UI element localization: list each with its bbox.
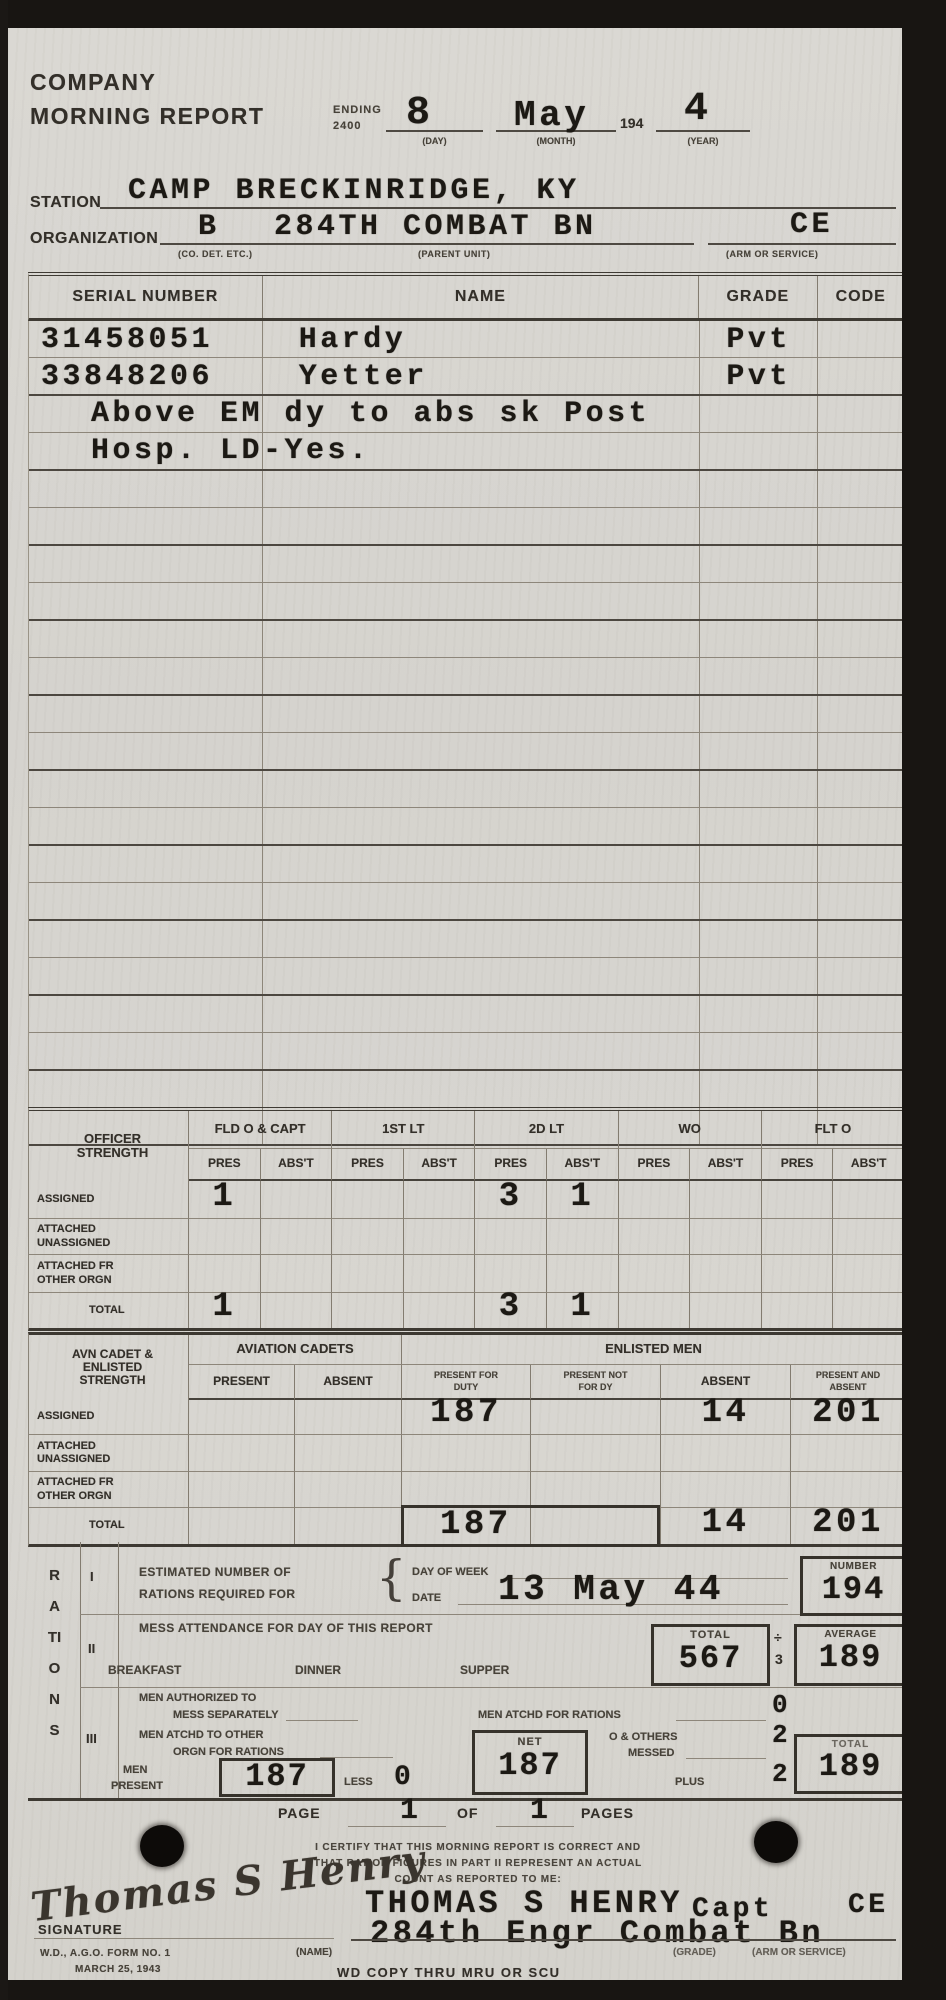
enlisted-value: 14	[702, 1506, 750, 1540]
organization-company-entry: B	[198, 212, 220, 242]
ending-label: ENDING	[333, 104, 382, 116]
day-of-week-label: DAY OF WEEK	[412, 1566, 488, 1578]
roster-empty-cell	[818, 1071, 905, 1107]
average-box: AVERAGE 189	[794, 1624, 907, 1686]
others-label-2: MESSED	[628, 1747, 674, 1759]
officer-cell	[332, 1219, 404, 1255]
roster-empty-cell	[29, 996, 263, 1032]
roster-empty-row	[29, 846, 905, 883]
enlisted-cell	[791, 1435, 906, 1472]
scan-edge-bottom	[0, 1980, 946, 2000]
scan-edge-top	[0, 0, 946, 28]
roster-empty-cell	[263, 733, 701, 769]
officer-cell	[762, 1219, 834, 1255]
enlisted-cell	[295, 1400, 402, 1435]
page-label: PAGE	[278, 1806, 321, 1821]
rations-rail-divider	[80, 1542, 81, 1798]
roster-empty-cell	[818, 1033, 905, 1069]
enlisted-cell	[189, 1400, 295, 1435]
scan-edge-right	[902, 0, 946, 2000]
enlisted-total-boxed-value: 187	[404, 1508, 512, 1544]
roster-header-row: SERIAL NUMBER NAME GRADE CODE	[28, 272, 905, 321]
enlisted-value: 187	[430, 1396, 502, 1430]
roster-empty-cell	[818, 471, 905, 507]
roster-empty-cell	[818, 508, 905, 544]
day-underline	[386, 130, 483, 132]
row-label-text: ATTACHED FR OTHER ORGN	[37, 1476, 133, 1502]
year-label: (YEAR)	[656, 137, 750, 147]
subhead-pres: PRES	[189, 1149, 261, 1181]
scan-edge-left	[0, 0, 8, 2000]
roster-empty-cell	[818, 658, 905, 694]
enlisted-cell: 14	[661, 1400, 791, 1435]
signature-label: SIGNATURE	[38, 1923, 123, 1937]
enlisted-cell: 201	[791, 1400, 906, 1435]
punch-hole-left	[140, 1825, 184, 1867]
name-grade-underline	[351, 1939, 896, 1941]
part1-label-2: RATIONS REQUIRED FOR	[139, 1588, 295, 1601]
officer-cell	[332, 1293, 404, 1328]
enlisted-cell	[791, 1472, 906, 1508]
officer-cell	[332, 1181, 404, 1219]
roster-empty-cell	[700, 546, 818, 582]
roster-empty-cell	[29, 808, 263, 844]
year-prefix: 194	[620, 116, 643, 131]
enlisted-cell	[531, 1400, 661, 1435]
officer-cell	[762, 1181, 834, 1219]
men-present-value: 187	[245, 1761, 309, 1794]
roster-empty-row	[29, 958, 905, 996]
subhead-text: PRESENT NOT FOR DY	[563, 1370, 629, 1393]
roster-empty-cell	[700, 471, 818, 507]
mess-attendance-label: MESS ATTENDANCE FOR DAY OF THIS REPORT	[139, 1622, 433, 1635]
group-aviation-cadets: AVIATION CADETS	[189, 1335, 402, 1365]
roster-empty-row	[29, 1033, 905, 1071]
typed-unit: 284th Engr Combat Bn	[370, 1918, 824, 1950]
subhead-abst: ABS'T	[404, 1149, 476, 1181]
officer-cell: 1	[189, 1293, 261, 1328]
rations-total-box: TOTAL 189	[794, 1734, 907, 1794]
remark-line: Hosp. LD-Yes.	[91, 436, 371, 466]
roster-empty-cell	[818, 621, 905, 657]
officer-cell	[833, 1219, 905, 1255]
name-sublabel: (NAME)	[296, 1947, 332, 1958]
officer-value: 3	[499, 1180, 523, 1214]
officer-cell	[690, 1181, 762, 1219]
enlisted-total-box: 187	[401, 1505, 660, 1547]
roster-empty-cell	[700, 696, 818, 732]
roster-empty-cell	[29, 658, 263, 694]
officer-cell	[690, 1293, 762, 1328]
day-entry: 8	[406, 94, 434, 134]
subhead-abst: ABS'T	[261, 1149, 333, 1181]
row-label-attached-fr-other: ATTACHED FR OTHER ORGN	[29, 1472, 189, 1508]
roster-empty-row	[29, 696, 905, 733]
average-value: 189	[797, 1642, 904, 1674]
officer-cell	[261, 1181, 333, 1219]
roster-empty-cell	[818, 771, 905, 807]
others-label-1: O & OTHERS	[609, 1731, 677, 1743]
parent-sublabel: (PARENT UNIT)	[418, 250, 490, 260]
enlisted-cell	[295, 1435, 402, 1472]
roster-empty-cell	[818, 583, 905, 619]
paper-sheet: COMPANY MORNING REPORT ENDING 2400 8 (DA…	[8, 28, 902, 1980]
officer-value: 1	[212, 1180, 236, 1214]
rations-total-value: 189	[797, 1751, 904, 1783]
enlisted-cell: 201	[791, 1508, 906, 1544]
roster-empty-cell	[818, 733, 905, 769]
punch-hole-right	[754, 1821, 798, 1863]
officer-cell	[833, 1293, 905, 1328]
group-2d-lt: 2D LT	[475, 1111, 618, 1149]
roster-empty-row	[29, 808, 905, 846]
roster-empty-cell	[263, 508, 701, 544]
officer-cell: 3	[475, 1181, 547, 1219]
enlisted-value: 201	[812, 1396, 884, 1430]
number-box: NUMBER 194	[800, 1556, 907, 1616]
roster-empty-cell	[818, 846, 905, 882]
officer-cell	[833, 1255, 905, 1293]
organization-label: ORGANIZATION	[30, 230, 158, 248]
page-value: 1	[400, 1796, 422, 1826]
officer-value: 3	[499, 1290, 523, 1324]
roster-empty-cell	[29, 583, 263, 619]
breakfast-label: BREAKFAST	[108, 1664, 181, 1677]
net-value: 187	[475, 1750, 585, 1782]
arm-sublabel-footer: (ARM OR SERVICE)	[752, 1947, 846, 1958]
officer-value: 1	[570, 1180, 594, 1214]
subhead-pres: PRES	[475, 1149, 547, 1181]
roster-empty-cell	[818, 808, 905, 844]
row-label-text: ATTACHED UNASSIGNED	[37, 1440, 133, 1466]
enlisted-cell	[402, 1435, 531, 1472]
authorized-label-1: MEN AUTHORIZED TO	[139, 1692, 256, 1704]
officer-cell	[404, 1219, 476, 1255]
distribution-note: WD COPY THRU MRU OR SCU	[337, 1966, 560, 1980]
roster-empty-row	[29, 583, 905, 621]
roster-empty-cell	[700, 921, 818, 957]
row-label-attached-fr-other: ATTACHED FR OTHER ORGN	[29, 1255, 189, 1293]
pages-label: PAGES	[581, 1806, 634, 1821]
group-flt-o: FLT O	[762, 1111, 905, 1149]
others-messed-value: 2	[772, 1722, 791, 1748]
part1-label-1: ESTIMATED NUMBER OF	[139, 1566, 291, 1579]
subhead-abst: ABS'T	[833, 1149, 905, 1181]
mess-separately-line	[286, 1720, 358, 1721]
roster-empty-cell	[818, 696, 905, 732]
roster-empty-cell	[29, 846, 263, 882]
officer-cell	[762, 1255, 834, 1293]
officer-cell: 1	[547, 1293, 619, 1328]
form-number: W.D., A.G.O. FORM NO. 1	[40, 1948, 171, 1959]
subhead-text: PRESENT AND ABSENT	[813, 1370, 883, 1393]
grade-value: Pvt	[726, 325, 791, 355]
officer-cell	[762, 1293, 834, 1328]
enlisted-cell	[402, 1472, 531, 1508]
roster-empty-cell	[818, 883, 905, 919]
roster-remark-row-1: Above EM dy to abs sk Post	[29, 396, 905, 433]
less-value: 0	[394, 1764, 414, 1792]
col-header-serial-number: SERIAL NUMBER	[29, 276, 263, 318]
roster-empty-cell	[700, 996, 818, 1032]
roster-empty-row	[29, 658, 905, 696]
group-wo: WO	[619, 1111, 762, 1149]
subhead-text: PRESENT FOR DUTY	[433, 1370, 499, 1393]
roster-empty-cell	[29, 733, 263, 769]
roster-empty-cell	[29, 1033, 263, 1069]
roster-empty-cell	[700, 1071, 818, 1107]
enlisted-strength-title: AVN CADET & ENLISTED STRENGTH	[29, 1335, 189, 1400]
roster-empty-cell	[818, 996, 905, 1032]
officer-cell: 1	[547, 1181, 619, 1219]
enlisted-cell	[189, 1508, 295, 1544]
roster-empty-cell	[700, 883, 818, 919]
atchd-other-label-2: ORGN FOR RATIONS	[173, 1746, 284, 1758]
subhead-pres: PRES	[762, 1149, 834, 1181]
part3-numeral: III	[86, 1732, 97, 1746]
organization-parent-entry: 284TH COMBAT BN	[274, 212, 597, 242]
roster-row-1: 31458051 Hardy Pvt	[29, 321, 905, 358]
enlisted-cell: 14	[661, 1508, 791, 1544]
row-label-assigned: ASSIGNED	[29, 1181, 189, 1219]
officer-cell	[619, 1293, 691, 1328]
supper-label: SUPPER	[460, 1664, 509, 1677]
roster-empty-cell	[263, 808, 701, 844]
roster-empty-row	[29, 883, 905, 921]
roster-empty-cell	[818, 958, 905, 994]
arm-sublabel: (ARM OR SERVICE)	[726, 250, 818, 260]
day-label: (DAY)	[386, 137, 483, 147]
enlisted-cell	[295, 1508, 402, 1544]
men-label: MEN	[123, 1764, 147, 1776]
subhead-abst: ABS'T	[547, 1149, 619, 1181]
officer-cell	[690, 1219, 762, 1255]
divide-symbol: ÷	[774, 1630, 782, 1645]
date-label: DATE	[412, 1592, 441, 1604]
row-label-total: TOTAL	[29, 1293, 189, 1328]
company-sublabel: (CO. DET. ETC.)	[178, 250, 253, 260]
enlisted-cell	[189, 1472, 295, 1508]
month-label: (MONTH)	[496, 137, 616, 147]
less-label: LESS	[344, 1776, 373, 1788]
roster-row-2: 33848206 Yetter Pvt	[29, 358, 905, 396]
arm-underline	[708, 243, 896, 245]
roster-empty-cell	[263, 996, 701, 1032]
serial-value: 31458051	[29, 325, 213, 355]
atchd-for-rations-value: 0	[772, 1692, 791, 1718]
roster-empty-cell	[29, 921, 263, 957]
roster-empty-cell	[263, 658, 701, 694]
roster-empty-cell	[263, 621, 701, 657]
enlisted-cell	[661, 1435, 791, 1472]
officer-strength-table: OFFICER STRENGTH FLD O & CAPT 1ST LT 2D …	[28, 1107, 905, 1331]
station-label: STATION	[30, 194, 101, 212]
roster-empty-cell	[29, 621, 263, 657]
remark-line: Above EM dy to abs sk Post	[91, 399, 650, 429]
row-label-text: ATTACHED FR OTHER ORGN	[37, 1260, 133, 1286]
roster-empty-cell	[700, 508, 818, 544]
officer-cell	[404, 1293, 476, 1328]
brace-glyph: {	[376, 1550, 407, 1606]
enlisted-value: 14	[702, 1396, 750, 1430]
atchd-other-label-1: MEN ATCHD TO OTHER	[139, 1729, 263, 1741]
page-line	[348, 1826, 446, 1827]
present-label: PRESENT	[111, 1780, 163, 1792]
rations-divider-1	[80, 1614, 905, 1615]
part2-numeral: II	[88, 1642, 95, 1656]
roster-empty-row	[29, 471, 905, 508]
roster-empty-cell	[263, 546, 701, 582]
officer-value: 1	[212, 1290, 236, 1324]
signature-line	[34, 1938, 334, 1939]
roster-empty-cell	[263, 921, 701, 957]
mess-total-value: 567	[654, 1643, 767, 1675]
roster-empty-row	[29, 1071, 905, 1108]
part1-numeral: I	[90, 1570, 94, 1584]
row-label-text: ATTACHED UNASSIGNED	[37, 1223, 133, 1249]
rations-divider-2	[80, 1687, 905, 1688]
officer-cell	[690, 1255, 762, 1293]
roster-empty-cell	[263, 696, 701, 732]
row-label-attached-unassigned: ATTACHED UNASSIGNED	[29, 1435, 189, 1472]
roster-empty-cell	[263, 846, 701, 882]
group-1st-lt: 1ST LT	[332, 1111, 475, 1149]
roster-empty-row	[29, 996, 905, 1033]
officer-cell	[619, 1181, 691, 1219]
men-present-box: 187	[219, 1758, 335, 1797]
rations-side-label: RATIONS	[46, 1560, 63, 1746]
enlisted-cell	[295, 1472, 402, 1508]
group-enlisted-men: ENLISTED MEN	[402, 1335, 906, 1365]
roster-empty-row	[29, 771, 905, 808]
scanned-morning-report: COMPANY MORNING REPORT ENDING 2400 8 (DA…	[0, 0, 946, 2000]
officer-cell: 3	[475, 1293, 547, 1328]
officer-cell	[833, 1181, 905, 1219]
roster-empty-cell	[700, 1033, 818, 1069]
roster-empty-cell	[700, 958, 818, 994]
form-date: MARCH 25, 1943	[75, 1964, 161, 1975]
row-label-total: TOTAL	[29, 1508, 189, 1544]
rations-date-entry: 13 May 44	[498, 1572, 724, 1608]
officer-cell	[404, 1181, 476, 1219]
enlisted-cell	[531, 1435, 661, 1472]
roster-empty-cell	[29, 771, 263, 807]
roster-empty-cell	[700, 808, 818, 844]
mess-total-box: TOTAL 567	[651, 1624, 770, 1686]
roster-empty-cell	[700, 733, 818, 769]
subhead-abst: ABS'T	[690, 1149, 762, 1181]
pages-value: 1	[530, 1796, 552, 1826]
officer-cell	[619, 1219, 691, 1255]
roster-empty-row	[29, 621, 905, 658]
roster-empty-cell	[29, 471, 263, 507]
form-title-line1: COMPANY	[30, 70, 156, 95]
roster-empty-row	[29, 546, 905, 583]
station-entry: CAMP BRECKINRIDGE, KY	[128, 176, 580, 206]
officer-cell	[404, 1255, 476, 1293]
roster-empty-cell	[263, 1071, 701, 1107]
roster-remark-row-2: Hosp. LD-Yes.	[29, 433, 905, 471]
atchd-for-rations-label: MEN ATCHD FOR RATIONS	[478, 1709, 621, 1721]
rations-total-label: TOTAL	[797, 1739, 904, 1750]
serial-value: 33848206	[29, 362, 213, 392]
rations-section: RATIONS I ESTIMATED NUMBER OF RATIONS RE…	[28, 1542, 905, 1801]
officer-cell	[619, 1255, 691, 1293]
divisor-value: 3	[775, 1652, 783, 1667]
col-header-code: CODE	[818, 276, 906, 318]
month-entry: May	[514, 98, 589, 134]
subhead-pres: PRES	[332, 1149, 404, 1181]
roster-blank-rows	[28, 471, 905, 1146]
authorized-label-2: MESS SEPARATELY	[173, 1709, 279, 1721]
roster-empty-cell	[263, 471, 701, 507]
form-title-line2: MORNING REPORT	[30, 104, 264, 129]
officer-cell	[475, 1219, 547, 1255]
roster-empty-cell	[263, 883, 701, 919]
officer-cell: 1	[189, 1181, 261, 1219]
roster-empty-cell	[700, 658, 818, 694]
roster-empty-cell	[818, 921, 905, 957]
officer-cell	[547, 1219, 619, 1255]
enlisted-cell	[531, 1472, 661, 1508]
dinner-label: DINNER	[295, 1664, 341, 1677]
plus-label: PLUS	[675, 1776, 704, 1788]
subhead-absent: ABSENT	[295, 1365, 402, 1400]
enlisted-cell	[189, 1435, 295, 1472]
officer-cell	[332, 1255, 404, 1293]
officer-strength-title-text: OFFICER STRENGTH	[65, 1132, 161, 1161]
subhead-pres: PRES	[619, 1149, 691, 1181]
enlisted-cell: 187	[402, 1400, 531, 1435]
officer-cell	[261, 1255, 333, 1293]
roster-empty-cell	[29, 696, 263, 732]
typed-arm: CE	[848, 1892, 889, 1920]
roster-empty-cell	[700, 771, 818, 807]
ending-value: 2400	[333, 120, 361, 132]
roster-empty-row	[29, 921, 905, 958]
group-fld-o-capt: FLD O & CAPT	[189, 1111, 332, 1149]
net-box: NET 187	[472, 1730, 588, 1795]
officer-cell	[261, 1293, 333, 1328]
roster-empty-row	[29, 733, 905, 771]
enlisted-cell	[661, 1472, 791, 1508]
roster-empty-cell	[700, 621, 818, 657]
plus-value: 2	[772, 1761, 791, 1787]
atchd-for-rations-line	[676, 1720, 766, 1721]
roster-table: SERIAL NUMBER NAME GRADE CODE 31458051 H…	[28, 272, 905, 1146]
others-messed-line	[686, 1758, 766, 1759]
officer-cell	[261, 1219, 333, 1255]
col-header-name: NAME	[263, 276, 700, 318]
roster-empty-row	[29, 508, 905, 546]
roster-empty-cell	[29, 958, 263, 994]
roster-empty-cell	[29, 1071, 263, 1107]
roster-empty-cell	[700, 583, 818, 619]
col-header-grade: GRADE	[699, 276, 817, 318]
roster-empty-cell	[263, 771, 701, 807]
grade-sublabel: (GRADE)	[673, 1947, 716, 1958]
roster-empty-cell	[818, 546, 905, 582]
roster-empty-cell	[29, 546, 263, 582]
organization-arm-entry: CE	[790, 210, 833, 240]
grade-value: Pvt	[726, 362, 791, 392]
roster-body: 31458051 Hardy Pvt 33848206 Yetter Pvt A…	[28, 321, 905, 471]
roster-empty-cell	[263, 583, 701, 619]
subhead-present: PRESENT	[189, 1365, 295, 1400]
number-value: 194	[803, 1574, 904, 1606]
enlisted-strength-title-text: AVN CADET & ENLISTED STRENGTH	[58, 1348, 168, 1388]
subhead-present-not-for-dy: PRESENT NOT FOR DY	[531, 1365, 661, 1400]
